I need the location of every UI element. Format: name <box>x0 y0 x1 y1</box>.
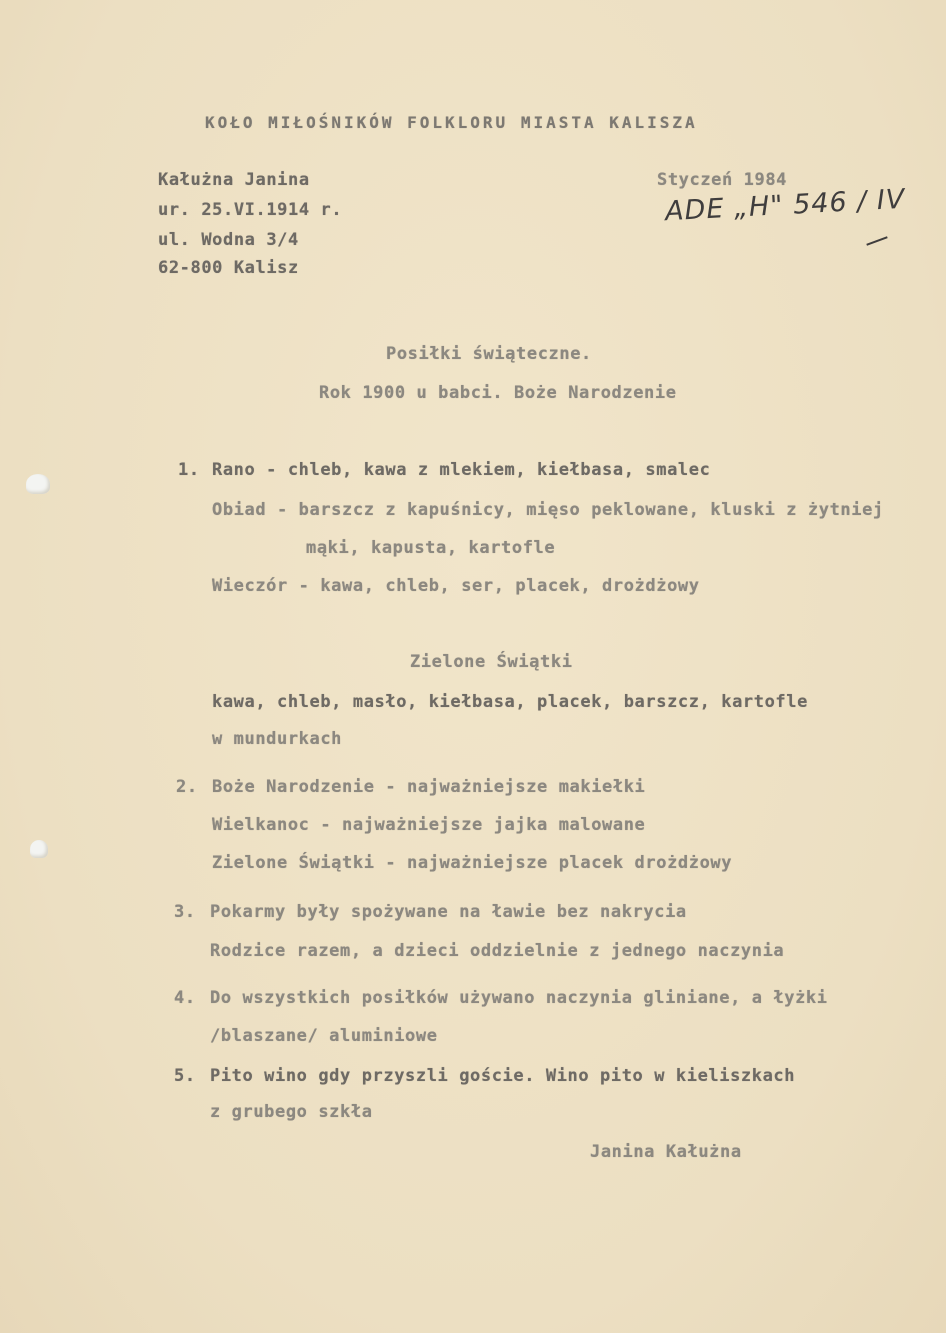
item-2-number: 2. <box>176 777 198 797</box>
punch-hole-bottom <box>30 840 48 858</box>
item-3-number: 3. <box>174 902 196 922</box>
item-1-line-1: Rano - chleb, kawa z mlekiem, kiełbasa, … <box>212 460 710 480</box>
signature: Janina Kałużna <box>590 1142 742 1162</box>
item-1-number: 1. <box>178 460 200 480</box>
item-2-line-3: Zielone Świątki - najważniejsze placek d… <box>212 853 732 873</box>
item-4-number: 4. <box>174 988 196 1008</box>
item-1-line-4: Wieczór - kawa, chleb, ser, placek, droż… <box>212 576 700 596</box>
item-5-line-1: Pito wino gdy przyszli goście. Wino pito… <box>210 1066 795 1086</box>
item-4-line-2: /blaszane/ aluminiowe <box>210 1026 438 1046</box>
author-street: ul. Wodna 3/4 <box>158 230 299 250</box>
punch-hole-top <box>26 474 50 494</box>
document-date: Styczeń 1984 <box>657 170 787 190</box>
item-1-line-2: Obiad - barszcz z kapuśnicy, mięso peklo… <box>212 500 884 520</box>
item-5-number: 5. <box>174 1066 196 1086</box>
organization-heading: KOŁO MIŁOŚNIKÓW FOLKLORU MIASTA KALISZA <box>205 113 698 132</box>
zielone-swiatki-heading: Zielone Świątki <box>410 652 573 672</box>
author-name: Kałużna Janina <box>158 170 310 190</box>
item-3-line-1: Pokarmy były spożywane na ławie bez nakr… <box>210 902 687 922</box>
author-birth: ur. 25.VI.1914 r. <box>158 200 342 220</box>
item-5-line-2: z grubego szkła <box>210 1102 373 1122</box>
item-4-line-1: Do wszystkich posiłków używano naczynia … <box>210 988 828 1008</box>
document-subtitle: Rok 1900 u babci. Boże Narodzenie <box>319 383 677 403</box>
zielone-swiatki-line-2: w mundurkach <box>212 729 342 749</box>
document-title: Posiłki świąteczne. <box>386 344 592 364</box>
author-city: 62-800 Kalisz <box>158 258 299 278</box>
item-3-line-2: Rodzice razem, a dzieci oddzielnie z jed… <box>210 941 784 961</box>
zielone-swiatki-line-1: kawa, chleb, masło, kiełbasa, placek, ba… <box>212 692 808 712</box>
item-1-line-3: mąki, kapusta, kartofle <box>306 538 555 558</box>
item-2-line-2: Wielkanoc - najważniejsze jajka malowane <box>212 815 645 835</box>
item-2-line-1: Boże Narodzenie - najważniejsze makiełki <box>212 777 645 797</box>
